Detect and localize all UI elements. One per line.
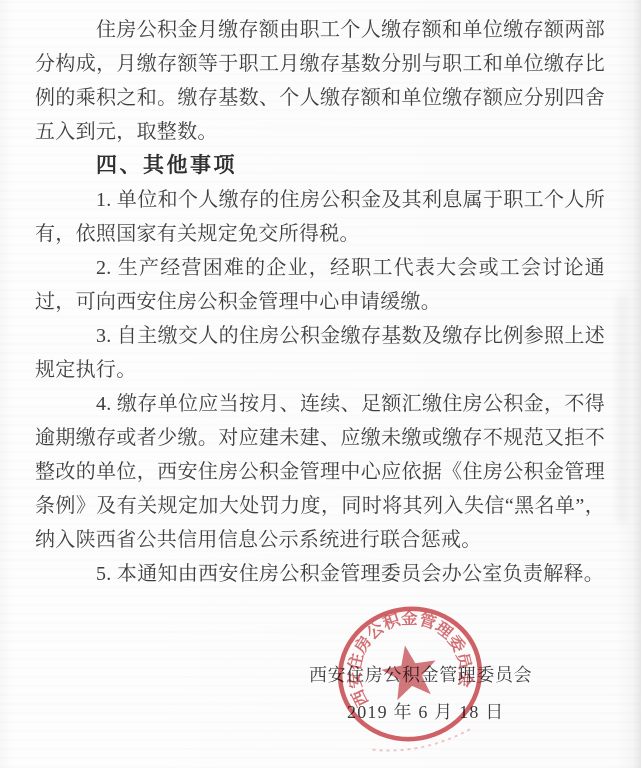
notice-body: 住房公积金月缴存额由职工个人缴存额和单位缴存额两部分构成，月缴存额等于职工月缴存… [35,13,605,591]
notice-item-5: 5. 本通知由西安住房公积金管理委员会办公室负责解释。 [35,557,605,591]
notice-item-1: 1. 单位和个人缴存的住房公积金及其利息属于职工个人所有，依照国家有关规定免交所… [35,183,605,251]
scan-artifact [616,295,628,525]
notice-item-2: 2. 生产经营困难的企业，经职工代表大会或工会讨论通过，可向西安住房公积金管理中… [35,251,605,319]
seal-star-icon [378,641,441,702]
document-page: 住房公积金月缴存额由职工个人缴存额和单位缴存额两部分构成，月缴存额等于职工月缴存… [0,0,641,768]
notice-item-3: 3. 自主缴交人的住房公积金缴存基数及缴存比例参照上述规定执行。 [35,319,605,387]
official-seal-icon: 西安住房公积金管理委员会 [330,600,495,768]
section-heading: 四、其他事项 [35,149,605,183]
seal-ink-smudge [372,728,474,756]
intro-paragraph: 住房公积金月缴存额由职工个人缴存额和单位缴存额两部分构成，月缴存额等于职工月缴存… [35,13,605,149]
scan-edge-shade [632,0,641,768]
notice-item-4: 4. 缴存单位应当按月、连续、足额汇缴住房公积金，不得逾期缴存或者少缴。对应建未… [35,387,605,557]
